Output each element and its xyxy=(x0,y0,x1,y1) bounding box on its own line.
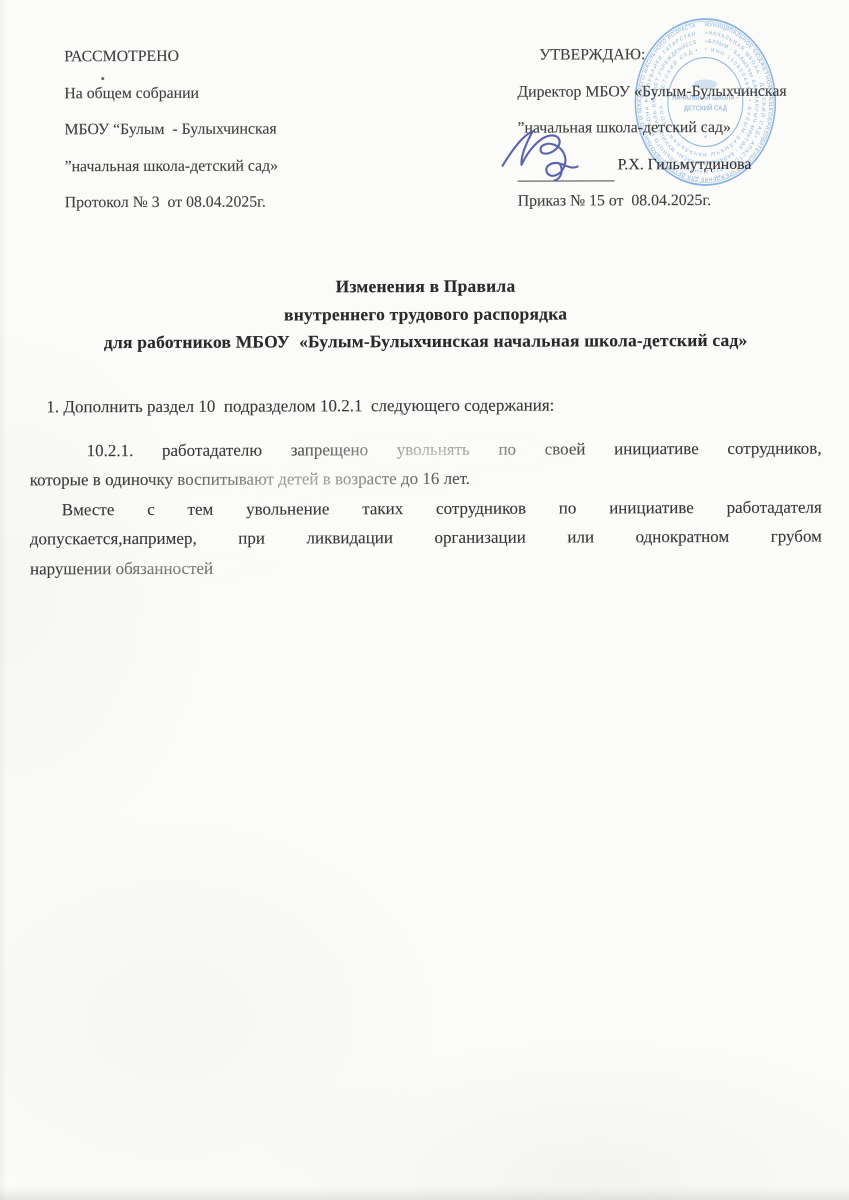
document-title: Изменения в Правила внутреннего трудовог… xyxy=(1,272,849,357)
title-line-1: Изменения в Правила xyxy=(1,272,849,302)
clause-line-2: которые в одиночку воспитывают детей в в… xyxy=(30,463,822,495)
protocol-number: Протокол № 3 от 08.04.2025г. xyxy=(65,184,395,222)
clause-line-1: 10.2.1. работадателю запрещено увольнять… xyxy=(30,433,822,465)
handwritten-signature-icon xyxy=(499,126,629,182)
scan-dot-artifact xyxy=(101,77,104,80)
body-item-1: 1. Дополнить раздел 10 подразделом 10.2.… xyxy=(29,390,821,422)
svg-text:МУНИЦИПАЛЬНОЕ БЮДЖЕТНОЕ ОБЩЕОБ: МУНИЦИПАЛЬНОЕ БЮДЖЕТНОЕ ОБЩЕОБРАЗОВАТЕЛЬ… xyxy=(637,22,773,183)
stamp-center-line-2: ДЕТСКИЙ САД xyxy=(684,103,727,113)
scan-content: РАССМОТРЕНО На общем собрании МБОУ “Булы… xyxy=(0,0,849,1200)
document-body: 1. Дополнить раздел 10 подразделом 10.2.… xyxy=(29,390,822,584)
stamp-star-bottom: ✶ xyxy=(703,133,708,141)
header-left-column: РАССМОТРЕНО На общем собрании МБОУ “Булы… xyxy=(64,38,395,222)
scan-edge-bottom-shade xyxy=(0,1186,849,1200)
stamp-ring-outer-text: МУНИЦИПАЛЬНОЕ БЮДЖЕТНОЕ ОБЩЕОБРАЗОВАТЕЛЬ… xyxy=(637,22,773,183)
document-page: РАССМОТРЕНО На общем собрании МБОУ “Булы… xyxy=(0,0,849,1200)
paragraph-2-line-1: Вместе с тем увольнение таких сотруднико… xyxy=(30,492,822,524)
title-line-3: для работников МБОУ «Булым-Булыхчинская … xyxy=(1,327,849,357)
org-name-line-1: МБОУ “Булым - Булыхчинская xyxy=(64,111,394,149)
org-name-line-2: ”начальная школа-детский сад» xyxy=(65,148,395,186)
scan-edge-left-shade xyxy=(0,0,7,1200)
stamp-center-line-1: НАЧАЛЬНАЯ ШКОЛА - xyxy=(672,94,738,102)
stamp-star-top: ✶ xyxy=(703,125,708,133)
stamp-center-smudge xyxy=(693,79,717,89)
reviewed-label: РАССМОТРЕНО xyxy=(64,38,394,76)
reviewed-body-line: На общем собрании xyxy=(64,75,394,113)
paragraph-2-line-3: нарушении обязанностей xyxy=(30,551,822,583)
title-line-2: внутреннего трудового распорядка xyxy=(1,299,849,329)
paragraph-2-line-2: допускается,например, при ликвидации орг… xyxy=(30,522,822,554)
official-round-stamp: МУНИЦИПАЛЬНОЕ БЮДЖЕТНОЕ ОБЩЕОБРАЗОВАТЕЛЬ… xyxy=(630,16,781,189)
order-number: Приказ № 15 от 08.04.2025г. xyxy=(518,183,838,221)
